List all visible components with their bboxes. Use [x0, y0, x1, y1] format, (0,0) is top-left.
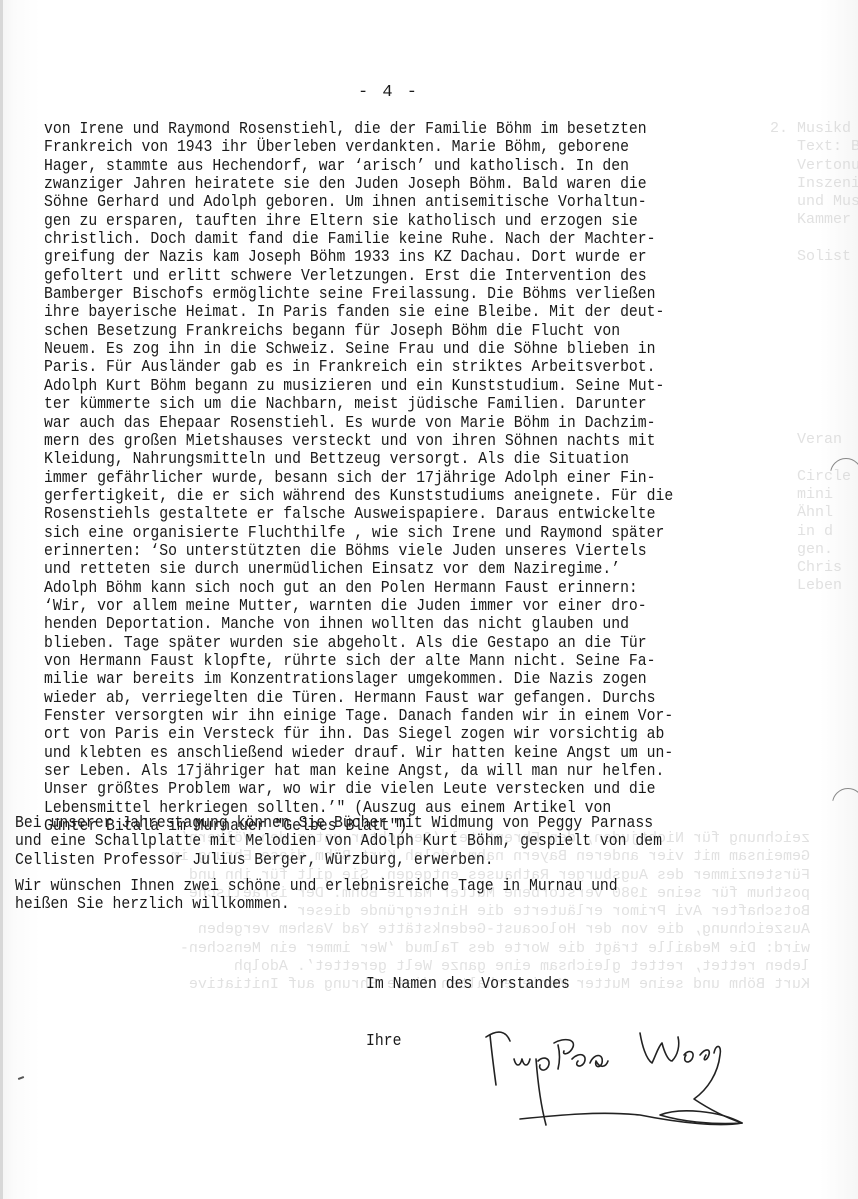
scan-speck	[18, 1076, 24, 1080]
paragraph-books-line: Cellisten Professor Julius Berger, Würzb…	[15, 851, 718, 869]
main-paragraph-line: zwanziger Jahren heiratete sie den Juden…	[44, 175, 738, 193]
main-paragraph-line: Hager, stammte aus Hechendorf, war ‘aris…	[44, 157, 738, 175]
main-paragraph-line: Söhne Gerhard und Adolph geboren. Um ihn…	[44, 193, 738, 211]
main-paragraph-line: ter kümmerte sich um die Nachbarn, meist…	[44, 395, 738, 413]
bleed-right-line: Leben	[770, 577, 858, 595]
main-paragraph-line: ‘Wir, vor allem meine Mutter, warnten di…	[44, 597, 738, 615]
paragraph-books-line: Bei unserer Jahrestagung können Sie Büch…	[15, 814, 718, 832]
paragraph-welcome: Wir wünschen Ihnen zwei schöne und erleb…	[15, 877, 718, 914]
main-paragraph-line: Rosenstiehls gestaltete er falsche Auswe…	[44, 505, 738, 523]
bleed-right-line: und Mus	[770, 193, 858, 211]
main-paragraph-line: wieder ab, verriegelten die Türen. Herma…	[44, 689, 738, 707]
paragraph-welcome-line: Wir wünschen Ihnen zwei schöne und erleb…	[15, 877, 718, 895]
main-paragraph-line: erinnerten: ‘So unterstützten die Böhms …	[44, 542, 738, 560]
bleed-right-line: gen.	[770, 541, 858, 559]
main-paragraph-line: blieben. Tage später wurden sie abgeholt…	[44, 634, 738, 652]
bleed-right-line	[770, 413, 858, 431]
main-paragraph-line: Neuem. Es zog ihn in die Schweiz. Seine …	[44, 340, 738, 358]
main-paragraph-line: Frankreich von 1943 ihr Überleben verdan…	[44, 138, 738, 156]
bleed-right-line	[770, 394, 858, 412]
main-paragraph-line: henden Deportation. Manche von ihnen wol…	[44, 615, 738, 633]
main-paragraph-line: gen zu ersparen, tauften ihre Eltern sie…	[44, 212, 738, 230]
main-paragraph-line: mern des großen Mietshauses versteckt un…	[44, 432, 738, 450]
paragraph-welcome-line: heißen Sie herzlich willkommen.	[15, 895, 718, 913]
page-edge-shadow	[0, 0, 3, 1199]
main-paragraph-line: war auch das Ehepaar Rosenstiehl. Es wur…	[44, 414, 738, 432]
bleed-right-line	[770, 266, 858, 284]
main-paragraph: von Irene und Raymond Rosenstiehl, die d…	[44, 120, 738, 835]
bleed-right-line: Text: B	[770, 138, 858, 156]
closing-line-board: Im Namen des Vorstandes	[366, 974, 570, 993]
bleed-right-line: Chris	[770, 559, 858, 577]
main-paragraph-line: von Irene und Raymond Rosenstiehl, die d…	[44, 120, 738, 138]
bleed-right-line: Vertonu	[770, 157, 858, 175]
main-paragraph-line: Adolph Kurt Böhm begann zu musizieren un…	[44, 377, 738, 395]
bleed-right-line	[770, 303, 858, 321]
main-paragraph-line: gerfertigkeit, die er sich während des K…	[44, 487, 738, 505]
main-paragraph-line: und klebten es anschließend wieder drauf…	[44, 744, 738, 762]
bleed-right-line	[770, 340, 858, 358]
bleed-right-line	[770, 285, 858, 303]
main-paragraph-line: Unser größtes Problem war, wo wir die vi…	[44, 780, 738, 798]
punch-hole-mark	[832, 788, 858, 820]
main-paragraph-line: ser Leben. Als 17jähriger hat man keine …	[44, 762, 738, 780]
bleed-right-line	[770, 321, 858, 339]
main-paragraph-line: ihre bayerische Heimat. In Paris fanden …	[44, 303, 738, 321]
bleed-right-line: in d	[770, 523, 858, 541]
bleed-right-line	[770, 230, 858, 248]
bleed-right-line: mini	[770, 486, 858, 504]
handwritten-signature	[480, 1015, 750, 1140]
main-paragraph-line: christlich. Doch damit fand die Familie …	[44, 230, 738, 248]
main-paragraph-line: Bamberger Bischofs ermöglichte seine Fre…	[44, 285, 738, 303]
paragraph-books-line: und eine Schallplatte mit Melodien von A…	[15, 832, 718, 850]
main-paragraph-line: ort von Paris ein Versteck für ihn. Das …	[44, 725, 738, 743]
bleed-through-right-margin: 2. Musikd Text: B Vertonu Inszeni und Mu…	[770, 120, 858, 596]
main-paragraph-line: von Hermann Faust klopfte, rührte sich d…	[44, 652, 738, 670]
main-paragraph-line: immer gefährlicher wurde, besann sich de…	[44, 469, 738, 487]
main-paragraph-line: greifung der Nazis kam Joseph Böhm 1933 …	[44, 248, 738, 266]
scanned-page: 2. Musikd Text: B Vertonu Inszeni und Mu…	[0, 0, 858, 1199]
bleed-right-line: Kammer	[770, 211, 858, 229]
main-paragraph-line: Adolph Böhm kann sich noch gut an den Po…	[44, 579, 738, 597]
bleed-right-line: Veran	[770, 431, 858, 449]
main-paragraph-line: Kleidung, Nahrungsmitteln und Bettzeug v…	[44, 450, 738, 468]
main-paragraph-line: sich eine organisierte Fluchthilfe , wie…	[44, 524, 738, 542]
bleed-right-line: Ähnl	[770, 504, 858, 522]
bleed-right-line: 2. Musikd	[770, 120, 858, 138]
main-paragraph-line: milie war bereits im Konzentrationslager…	[44, 670, 738, 688]
main-paragraph-line: Fenster versorgten wir ihn einige Tage. …	[44, 707, 738, 725]
paragraph-books-record: Bei unserer Jahrestagung können Sie Büch…	[15, 814, 718, 869]
main-paragraph-line: schen Besetzung Frankreichs begann für J…	[44, 322, 738, 340]
bleed-right-line: Inszeni	[770, 175, 858, 193]
main-paragraph-line: und retteten sie durch unermüdlichen Ein…	[44, 560, 738, 578]
bleed-right-line	[770, 376, 858, 394]
page-number: - 4 -	[358, 83, 419, 102]
bleed-right-line: Solist	[770, 248, 858, 266]
bleed-right-line	[770, 358, 858, 376]
main-paragraph-line: Paris. Für Ausländer gab es in Frankreic…	[44, 358, 738, 376]
main-paragraph-line: gefoltert und erlitt schwere Verletzunge…	[44, 267, 738, 285]
